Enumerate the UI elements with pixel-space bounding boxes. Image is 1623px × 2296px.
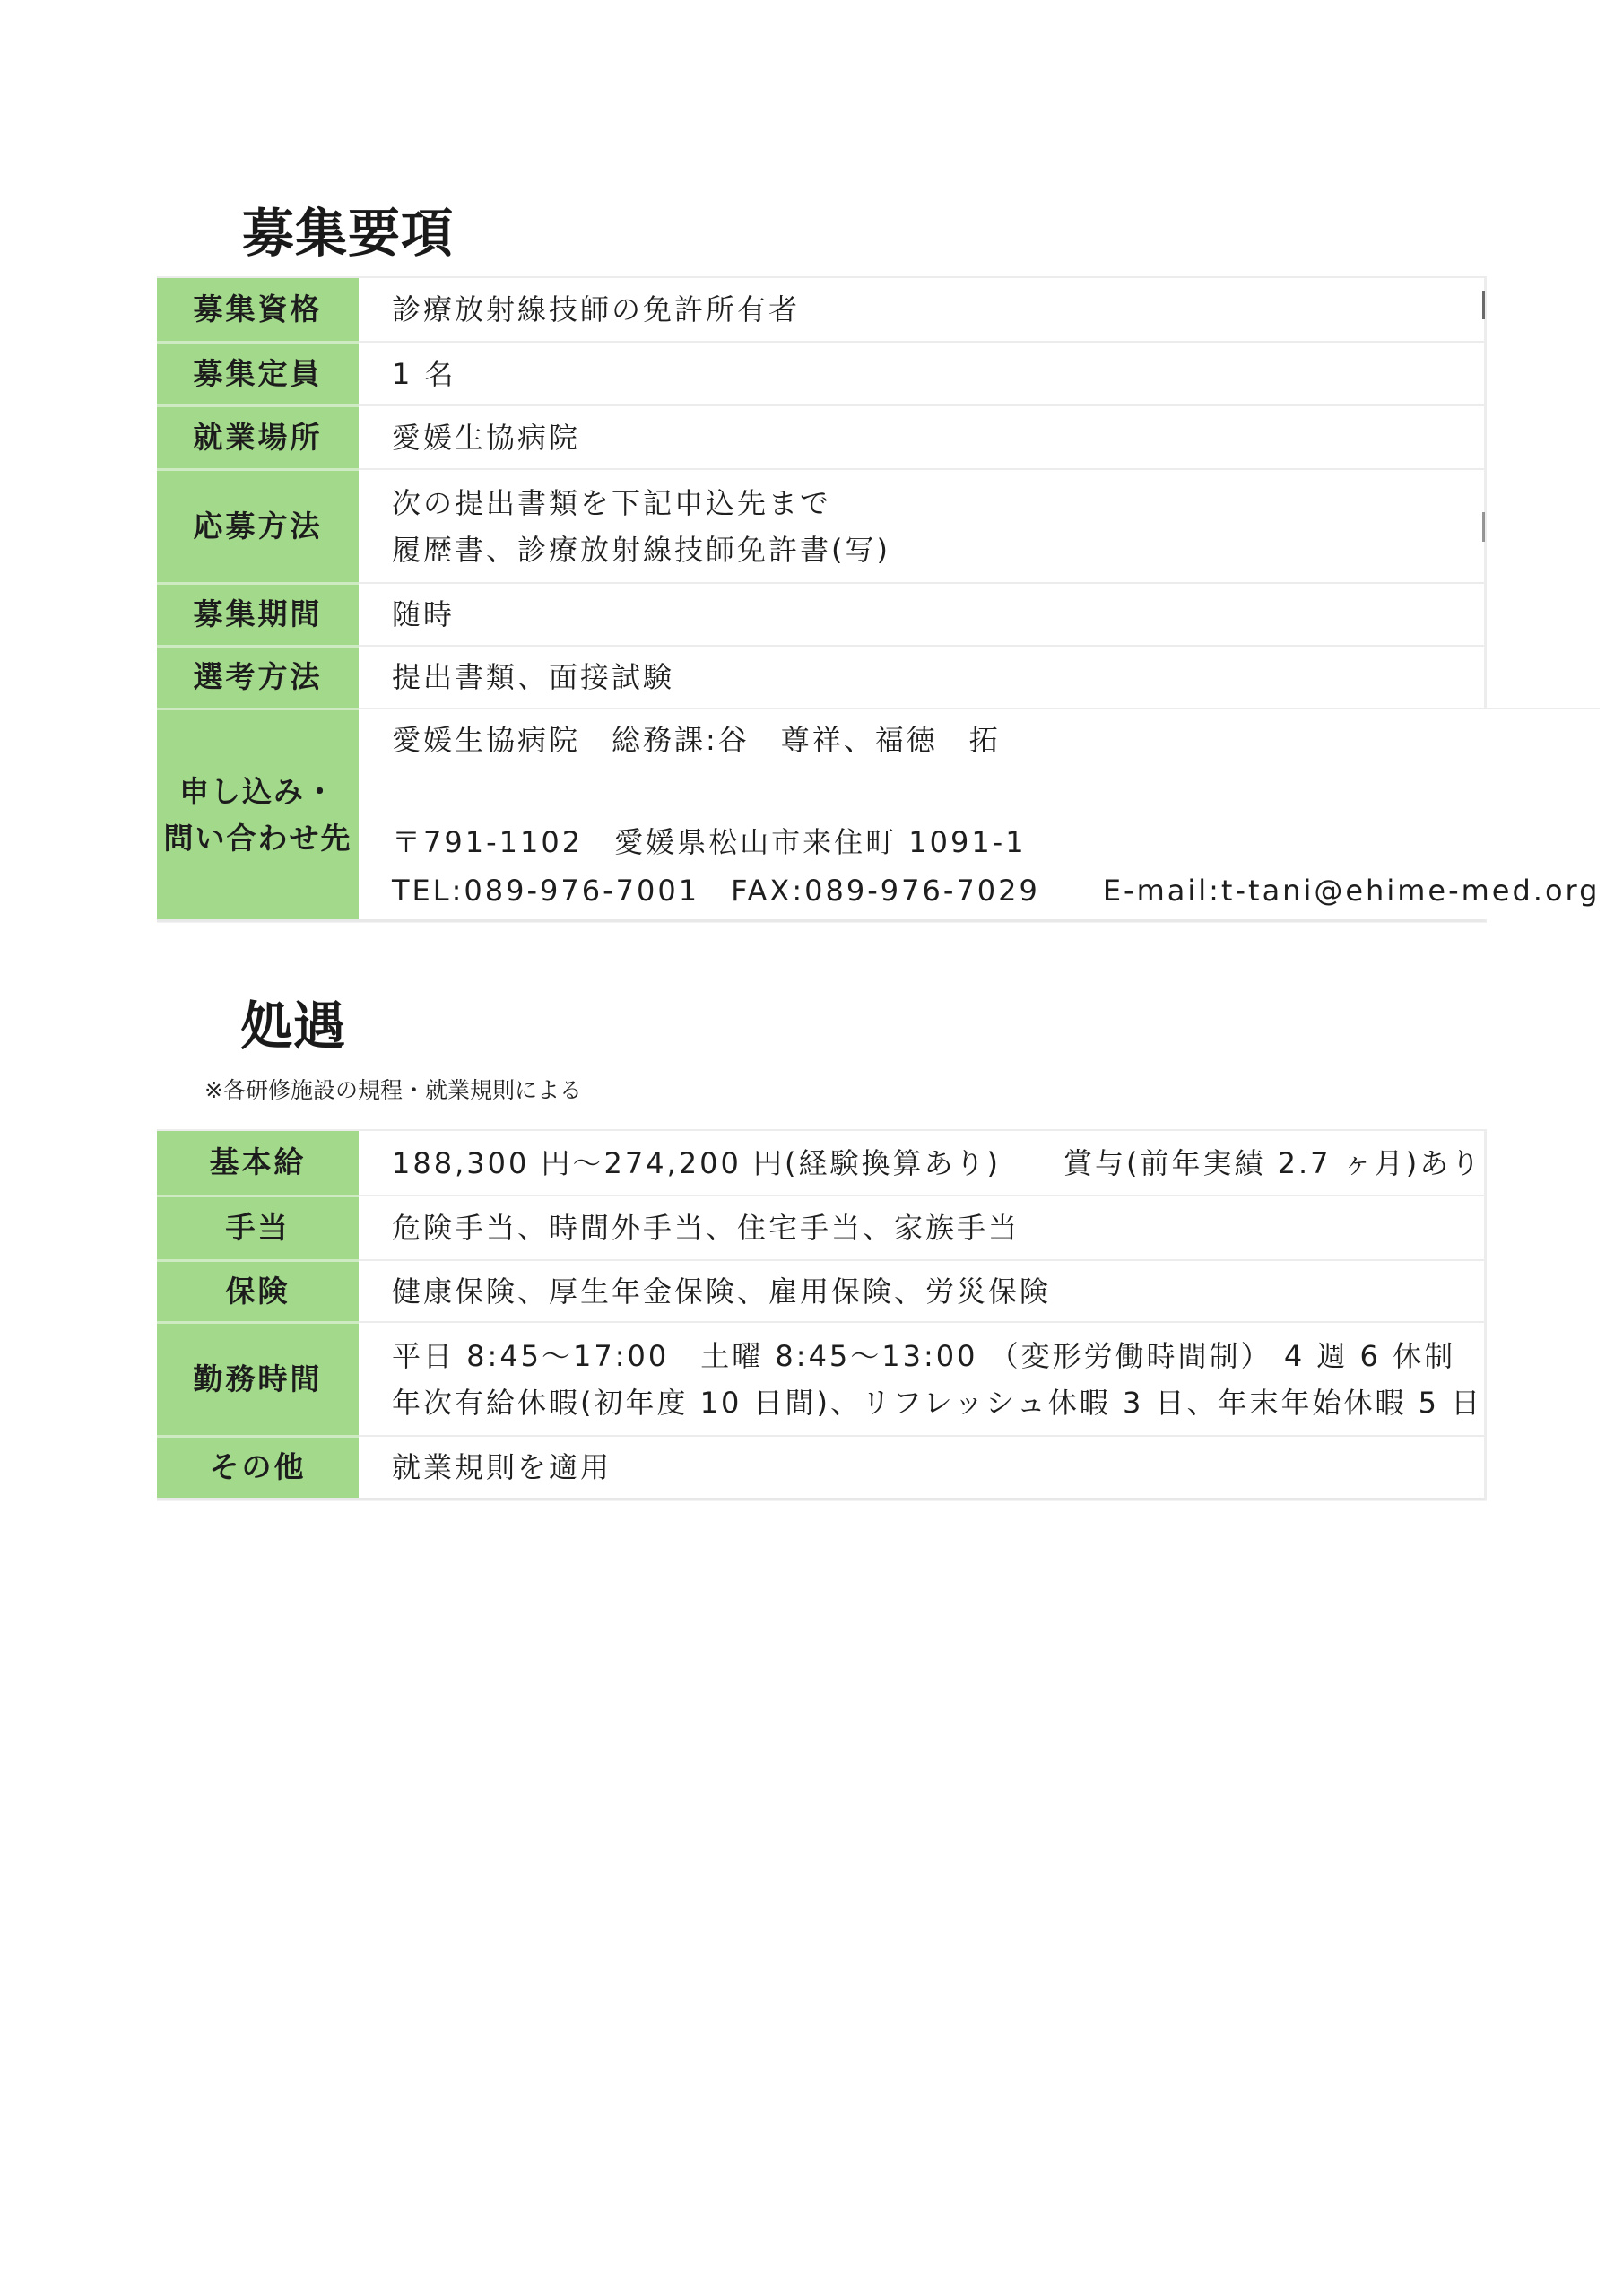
value-line: 年次有給休暇(初年度 10 日間)、リフレッシュ休暇 3 日、年末年始休暇 5 … <box>392 1388 1484 1417</box>
table-row-working-hours: 勤務時間 平日 8:45～17:00 土曜 8:45～13:00 （変形労働時間… <box>157 1321 1484 1435</box>
value-line: 1 名 <box>392 360 1484 388</box>
contact-label-line1: 申し込み・ <box>164 769 352 814</box>
row-label: 募集資格 <box>157 278 359 341</box>
row-label: 勤務時間 <box>157 1321 359 1435</box>
contact-phone-fax-email[interactable]: TEL:089-976-7001 FAX:089-976-7029 E-mail… <box>392 876 1600 905</box>
value-line: 随時 <box>392 600 1484 629</box>
row-value: 愛媛生協病院 総務課:谷 尊祥、福徳 拓 〒791-1102 愛媛県松山市来住町… <box>359 708 1600 919</box>
value-line: 履歴書、診療放射線技師免許書(写) <box>392 535 1484 564</box>
value-line: 愛媛生協病院 <box>392 423 1484 452</box>
row-label: 募集期間 <box>157 582 359 645</box>
row-value: 就業規則を適用 <box>359 1435 1484 1498</box>
table-row-recruitment-period: 募集期間 随時 <box>157 582 1484 645</box>
row-value: 188,300 円～274,200 円(経験換算あり) 賞与(前年実績 2.7 … <box>359 1131 1484 1195</box>
value-line: 危険手当、時間外手当、住宅手当、家族手当 <box>392 1213 1484 1242</box>
table-row-selection-method: 選考方法 提出書類、面接試験 <box>157 645 1484 708</box>
scan-artifact-mark <box>1482 512 1485 542</box>
row-label: 応募方法 <box>157 468 359 582</box>
row-label: 申し込み・ 問い合わせ先 <box>157 708 359 919</box>
table-row-other: その他 就業規則を適用 <box>157 1435 1484 1498</box>
row-value: 随時 <box>359 582 1484 645</box>
row-value: 愛媛生協病院 <box>359 404 1484 468</box>
treatment-title: 処遇 <box>240 1000 346 1052</box>
table-row-insurance: 保険 健康保険、厚生年金保険、雇用保険、労災保険 <box>157 1259 1484 1321</box>
contact-label-line2: 問い合わせ先 <box>164 815 352 861</box>
row-label: 就業場所 <box>157 404 359 468</box>
row-label: その他 <box>157 1435 359 1498</box>
row-label: 保険 <box>157 1259 359 1321</box>
row-label: 手当 <box>157 1195 359 1259</box>
table-row-qualification: 募集資格 診療放射線技師の免許所有者 <box>157 278 1484 341</box>
table-row-workplace: 就業場所 愛媛生協病院 <box>157 404 1484 468</box>
row-value: 健康保険、厚生年金保険、雇用保険、労災保険 <box>359 1259 1484 1321</box>
row-label: 募集定員 <box>157 341 359 404</box>
row-value: 診療放射線技師の免許所有者 <box>359 278 1484 341</box>
value-line: 188,300 円～274,200 円(経験換算あり) 賞与(前年実績 2.7 … <box>392 1149 1484 1178</box>
value-line: 診療放射線技師の免許所有者 <box>392 295 1484 324</box>
table-row-application-method: 応募方法 次の提出書類を下記申込先まで 履歴書、診療放射線技師免許書(写) <box>157 468 1484 582</box>
table-row-allowances: 手当 危険手当、時間外手当、住宅手当、家族手当 <box>157 1195 1484 1259</box>
table-row-headcount: 募集定員 1 名 <box>157 341 1484 404</box>
value-line: 就業規則を適用 <box>392 1453 1484 1482</box>
row-value: 平日 8:45～17:00 土曜 8:45～13:00 （変形労働時間制） 4 … <box>359 1321 1484 1435</box>
contact-address: 〒791-1102 愛媛県松山市来住町 1091-1 <box>392 828 1600 857</box>
value-line: 平日 8:45～17:00 土曜 8:45～13:00 （変形労働時間制） 4 … <box>392 1342 1484 1370</box>
row-value: 1 名 <box>359 341 1484 404</box>
value-line: 健康保険、厚生年金保険、雇用保険、労災保険 <box>392 1277 1484 1306</box>
recruitment-table: 募集資格 診療放射線技師の免許所有者 募集定員 1 名 就業場所 愛媛生協病院 … <box>157 276 1487 922</box>
value-line: 次の提出書類を下記申込先まで <box>392 489 1484 517</box>
row-label: 基本給 <box>157 1131 359 1195</box>
table-row-contact: 申し込み・ 問い合わせ先 愛媛生協病院 総務課:谷 尊祥、福徳 拓 〒791-1… <box>157 708 1484 919</box>
scan-artifact-mark <box>1482 291 1485 319</box>
row-value: 次の提出書類を下記申込先まで 履歴書、診療放射線技師免許書(写) <box>359 468 1484 582</box>
row-value: 提出書類、面接試験 <box>359 645 1484 708</box>
treatment-note: ※各研修施設の規程・就業規則による <box>204 1079 582 1101</box>
treatment-table: 基本給 188,300 円～274,200 円(経験換算あり) 賞与(前年実績 … <box>157 1129 1487 1500</box>
value-line: 提出書類、面接試験 <box>392 663 1484 691</box>
row-value: 危険手当、時間外手当、住宅手当、家族手当 <box>359 1195 1484 1259</box>
row-label: 選考方法 <box>157 645 359 708</box>
table-row-base-salary: 基本給 188,300 円～274,200 円(経験換算あり) 賞与(前年実績 … <box>157 1131 1484 1195</box>
contact-department: 愛媛生協病院 総務課:谷 尊祥、福徳 拓 <box>392 726 1600 754</box>
recruitment-title: 募集要項 <box>242 207 454 259</box>
